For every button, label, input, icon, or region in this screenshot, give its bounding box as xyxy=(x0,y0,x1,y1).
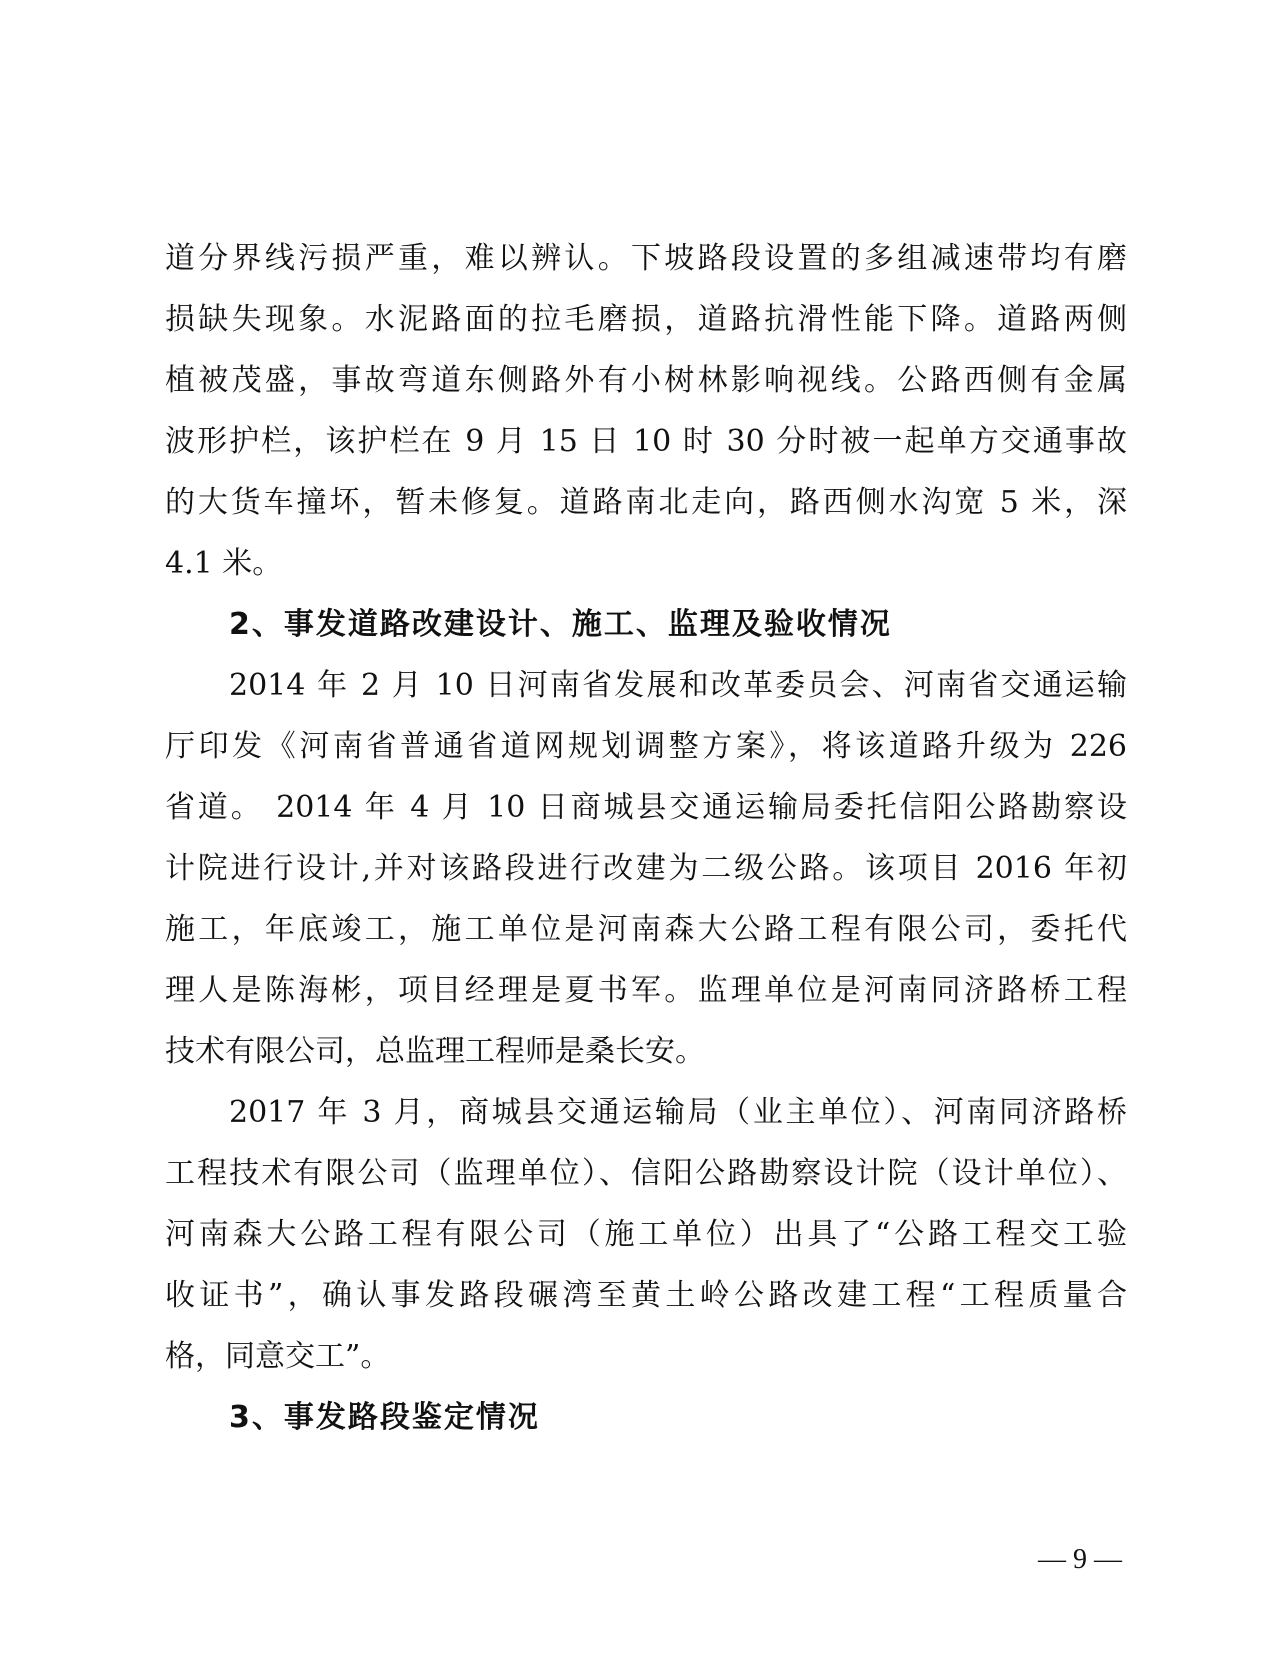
text-line: 2017 年 3 月，商城县交通运输局（业主单位）、河南同济路桥 xyxy=(165,1082,1127,1143)
paragraph-road-condition: 道分界线污损严重，难以辨认。下坡路段设置的多组减速带均有磨 损缺失现象。水泥路面… xyxy=(165,228,1127,594)
text-line: 施工，年底竣工，施工单位是河南森大公路工程有限公司，委托代 xyxy=(165,899,1127,960)
text-line: 2014 年 2 月 10 日河南省发展和改革委员会、河南省交通运输 xyxy=(165,655,1127,716)
text-line: 格，同意交工”。 xyxy=(165,1326,1127,1387)
text-line: 道分界线污损严重，难以辨认。下坡路段设置的多组减速带均有磨 xyxy=(165,228,1127,289)
text-line: 河南森大公路工程有限公司（施工单位）出具了“公路工程交工验 xyxy=(165,1204,1127,1265)
page-number: — 9 — xyxy=(1030,1540,1130,1580)
text-line: 省道。 2014 年 4 月 10 日商城县交通运输局委托信阳公路勘察设 xyxy=(165,777,1127,838)
text-line: 波形护栏，该护栏在 9 月 15 日 10 时 30 分时被一起单方交通事故 xyxy=(165,411,1127,472)
text-line: 计院进行设计,并对该路段进行改建为二级公路。该项目 2016 年初 xyxy=(165,838,1127,899)
text-line: 4.1 米。 xyxy=(165,533,1127,594)
document-body: 道分界线污损严重，难以辨认。下坡路段设置的多组减速带均有磨 损缺失现象。水泥路面… xyxy=(165,228,1127,1448)
section-heading-3: 3、事发路段鉴定情况 xyxy=(165,1387,1127,1448)
section-heading-2: 2、事发道路改建设计、施工、监理及验收情况 xyxy=(165,594,1127,655)
text-line: 的大货车撞坏，暂未修复。道路南北走向，路西侧水沟宽 5 米，深 xyxy=(165,472,1127,533)
text-line: 技术有限公司，总监理工程师是桑长安。 xyxy=(165,1021,1127,1082)
text-line: 损缺失现象。水泥路面的拉毛磨损，道路抗滑性能下降。道路两侧 xyxy=(165,289,1127,350)
text-line: 理人是陈海彬，项目经理是夏书军。监理单位是河南同济路桥工程 xyxy=(165,960,1127,1021)
text-line: 工程技术有限公司（监理单位）、信阳公路勘察设计院（设计单位）、 xyxy=(165,1143,1127,1204)
paragraph-acceptance: 2017 年 3 月，商城县交通运输局（业主单位）、河南同济路桥 工程技术有限公… xyxy=(165,1082,1127,1387)
document-page: 道分界线污损严重，难以辨认。下坡路段设置的多组减速带均有磨 损缺失现象。水泥路面… xyxy=(0,0,1280,1656)
paragraph-design-construction: 2014 年 2 月 10 日河南省发展和改革委员会、河南省交通运输 厅印发《河… xyxy=(165,655,1127,1082)
text-line: 植被茂盛，事故弯道东侧路外有小树林影响视线。公路西侧有金属 xyxy=(165,350,1127,411)
text-line: 收证书”，确认事发路段碾湾至黄土岭公路改建工程“工程质量合 xyxy=(165,1265,1127,1326)
text-line: 厅印发《河南省普通省道网规划调整方案》，将该道路升级为 226 xyxy=(165,716,1127,777)
